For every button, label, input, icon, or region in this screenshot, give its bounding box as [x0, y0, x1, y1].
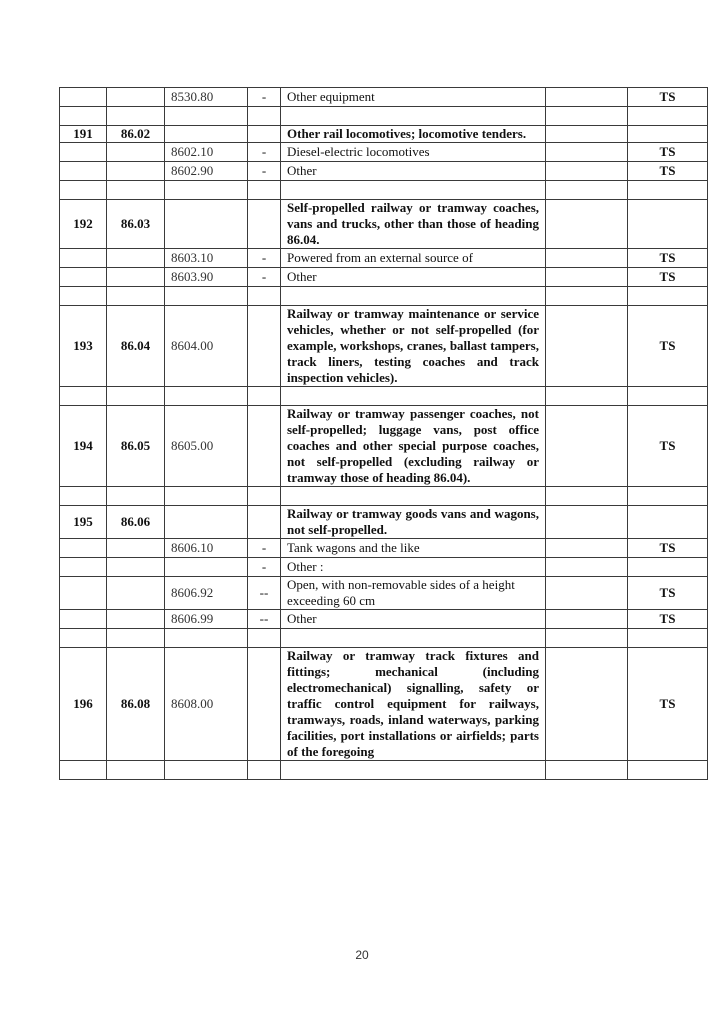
category-cell [628, 287, 708, 306]
empty-cell [546, 181, 628, 200]
hs-code-cell: 8603.90 [165, 268, 248, 287]
description-cell: Other equipment [281, 88, 546, 107]
category-cell [628, 126, 708, 143]
empty-cell [546, 107, 628, 126]
level-dash-cell: -- [248, 610, 281, 629]
heading-number-cell [107, 181, 165, 200]
description-cell [281, 487, 546, 506]
heading-row: 19586.06Railway or tramway goods vans an… [60, 506, 708, 539]
heading-number-cell [107, 249, 165, 268]
empty-cell [546, 406, 628, 487]
spacer-row [60, 387, 708, 406]
empty-cell [546, 143, 628, 162]
serial-number-cell [60, 249, 107, 268]
description-cell: Tank wagons and the like [281, 539, 546, 558]
category-cell [628, 200, 708, 249]
heading-number-cell: 86.06 [107, 506, 165, 539]
heading-row: 19186.02Other rail locomotives; locomoti… [60, 126, 708, 143]
empty-cell [546, 249, 628, 268]
level-dash-cell [248, 200, 281, 249]
heading-number-cell [107, 287, 165, 306]
hs-code-cell: 8603.10 [165, 249, 248, 268]
spacer-row [60, 181, 708, 200]
serial-number-cell: 192 [60, 200, 107, 249]
description-cell: Other [281, 268, 546, 287]
empty-cell [546, 558, 628, 577]
description-cell [281, 287, 546, 306]
hs-code-cell [165, 629, 248, 648]
heading-number-cell [107, 539, 165, 558]
subheading-row: 8606.92--Open, with non-removable sides … [60, 577, 708, 610]
category-cell: TS [628, 268, 708, 287]
subheading-row: 8530.80-Other equipmentTS [60, 88, 708, 107]
level-dash-cell [248, 629, 281, 648]
subheading-row: 8603.10-Powered from an external source … [60, 249, 708, 268]
empty-cell [546, 506, 628, 539]
empty-cell [546, 539, 628, 558]
level-dash-cell [248, 387, 281, 406]
category-cell [628, 629, 708, 648]
level-dash-cell: - [248, 143, 281, 162]
category-cell: TS [628, 406, 708, 487]
heading-number-cell: 86.04 [107, 306, 165, 387]
heading-number-cell [107, 387, 165, 406]
serial-number-cell [60, 761, 107, 780]
empty-cell [546, 126, 628, 143]
tariff-table-body: 8530.80-Other equipmentTS19186.02Other r… [60, 88, 708, 780]
empty-cell [546, 268, 628, 287]
hs-code-cell [165, 287, 248, 306]
heading-number-cell: 86.08 [107, 648, 165, 761]
heading-number-cell [107, 487, 165, 506]
description-cell: Other rail locomotives; locomotive tende… [281, 126, 546, 143]
empty-cell [546, 761, 628, 780]
category-cell: TS [628, 249, 708, 268]
hs-code-cell [165, 506, 248, 539]
description-cell: Railway or tramway maintenance or servic… [281, 306, 546, 387]
level-dash-cell [248, 761, 281, 780]
serial-number-cell [60, 268, 107, 287]
description-cell: Railway or tramway goods vans and wagons… [281, 506, 546, 539]
description-cell [281, 107, 546, 126]
category-cell [628, 387, 708, 406]
hs-code-cell: 8608.00 [165, 648, 248, 761]
level-dash-cell [248, 107, 281, 126]
serial-number-cell [60, 107, 107, 126]
serial-number-cell [60, 287, 107, 306]
spacer-row [60, 287, 708, 306]
heading-number-cell: 86.05 [107, 406, 165, 487]
description-cell: Self-propelled railway or tramway coache… [281, 200, 546, 249]
level-dash-cell: - [248, 249, 281, 268]
heading-number-cell [107, 610, 165, 629]
empty-cell [546, 629, 628, 648]
subheading-row: 8606.99--OtherTS [60, 610, 708, 629]
heading-number-cell [107, 577, 165, 610]
heading-row: 19286.03Self-propelled railway or tramwa… [60, 200, 708, 249]
hs-code-cell: 8606.99 [165, 610, 248, 629]
serial-number-cell [60, 629, 107, 648]
description-cell: Open, with non-removable sides of a heig… [281, 577, 546, 610]
level-dash-cell: - [248, 88, 281, 107]
category-cell: TS [628, 88, 708, 107]
hs-code-cell: 8602.10 [165, 143, 248, 162]
heading-number-cell [107, 629, 165, 648]
category-cell: TS [628, 143, 708, 162]
category-cell: TS [628, 648, 708, 761]
description-cell: Other [281, 162, 546, 181]
hs-code-cell [165, 181, 248, 200]
category-cell [628, 107, 708, 126]
spacer-row [60, 761, 708, 780]
empty-cell [546, 610, 628, 629]
serial-number-cell: 194 [60, 406, 107, 487]
serial-number-cell: 196 [60, 648, 107, 761]
heading-number-cell [107, 88, 165, 107]
category-cell: TS [628, 306, 708, 387]
category-cell [628, 506, 708, 539]
spacer-row [60, 107, 708, 126]
description-cell [281, 629, 546, 648]
serial-number-cell [60, 181, 107, 200]
level-dash-cell [248, 287, 281, 306]
category-cell: TS [628, 539, 708, 558]
level-dash-cell: - [248, 268, 281, 287]
level-dash-cell [248, 648, 281, 761]
category-cell [628, 761, 708, 780]
empty-cell [546, 162, 628, 181]
hs-code-cell: 8602.90 [165, 162, 248, 181]
tariff-schedule-table: 8530.80-Other equipmentTS19186.02Other r… [59, 87, 708, 780]
serial-number-cell [60, 387, 107, 406]
serial-number-cell [60, 610, 107, 629]
spacer-row [60, 487, 708, 506]
hs-code-cell [165, 126, 248, 143]
heading-row: 19486.058605.00Railway or tramway passen… [60, 406, 708, 487]
hs-code-cell [165, 761, 248, 780]
subheading-row: 8603.90-OtherTS [60, 268, 708, 287]
category-cell [628, 181, 708, 200]
hs-code-cell: 8606.92 [165, 577, 248, 610]
empty-cell [546, 306, 628, 387]
subheading-row: 8602.90-OtherTS [60, 162, 708, 181]
category-cell: TS [628, 610, 708, 629]
level-dash-cell [248, 181, 281, 200]
category-cell: TS [628, 162, 708, 181]
description-cell [281, 181, 546, 200]
hs-code-cell [165, 487, 248, 506]
description-cell: Powered from an external source of [281, 249, 546, 268]
level-dash-cell [248, 126, 281, 143]
serial-number-cell [60, 162, 107, 181]
description-cell: Diesel-electric locomotives [281, 143, 546, 162]
heading-number-cell [107, 558, 165, 577]
description-cell [281, 761, 546, 780]
category-cell [628, 487, 708, 506]
level-dash-cell [248, 406, 281, 487]
serial-number-cell [60, 577, 107, 610]
empty-cell [546, 200, 628, 249]
heading-number-cell [107, 761, 165, 780]
serial-number-cell [60, 487, 107, 506]
description-cell: Other : [281, 558, 546, 577]
empty-cell [546, 88, 628, 107]
hs-code-cell: 8530.80 [165, 88, 248, 107]
level-dash-cell: -- [248, 577, 281, 610]
heading-number-cell: 86.02 [107, 126, 165, 143]
spacer-row [60, 629, 708, 648]
subheading-row: 8606.10-Tank wagons and the likeTS [60, 539, 708, 558]
hs-code-cell: 8606.10 [165, 539, 248, 558]
empty-cell [546, 487, 628, 506]
empty-cell [546, 387, 628, 406]
level-dash-cell [248, 487, 281, 506]
hs-code-cell: 8605.00 [165, 406, 248, 487]
heading-number-cell [107, 107, 165, 126]
serial-number-cell [60, 539, 107, 558]
hs-code-cell [165, 200, 248, 249]
heading-row: 19386.048604.00Railway or tramway mainte… [60, 306, 708, 387]
heading-number-cell [107, 162, 165, 181]
heading-number-cell [107, 143, 165, 162]
category-cell [628, 558, 708, 577]
hs-code-cell: 8604.00 [165, 306, 248, 387]
description-cell: Railway or tramway track fixtures and fi… [281, 648, 546, 761]
category-cell: TS [628, 577, 708, 610]
empty-cell [546, 287, 628, 306]
level-dash-cell: - [248, 539, 281, 558]
level-dash-cell [248, 306, 281, 387]
level-dash-cell [248, 506, 281, 539]
description-cell: Railway or tramway passenger coaches, no… [281, 406, 546, 487]
serial-number-cell [60, 558, 107, 577]
empty-cell [546, 648, 628, 761]
level-dash-cell: - [248, 558, 281, 577]
serial-number-cell: 193 [60, 306, 107, 387]
subheading-row: 8602.10-Diesel-electric locomotivesTS [60, 143, 708, 162]
empty-cell [546, 577, 628, 610]
hs-code-cell [165, 387, 248, 406]
serial-number-cell: 195 [60, 506, 107, 539]
description-cell [281, 387, 546, 406]
serial-number-cell [60, 88, 107, 107]
level-dash-cell: - [248, 162, 281, 181]
heading-number-cell [107, 268, 165, 287]
hs-code-cell [165, 558, 248, 577]
serial-number-cell [60, 143, 107, 162]
description-cell: Other [281, 610, 546, 629]
heading-number-cell: 86.03 [107, 200, 165, 249]
subheading-row: -Other : [60, 558, 708, 577]
serial-number-cell: 191 [60, 126, 107, 143]
heading-row: 19686.088608.00Railway or tramway track … [60, 648, 708, 761]
hs-code-cell [165, 107, 248, 126]
page-number: 20 [0, 948, 724, 962]
